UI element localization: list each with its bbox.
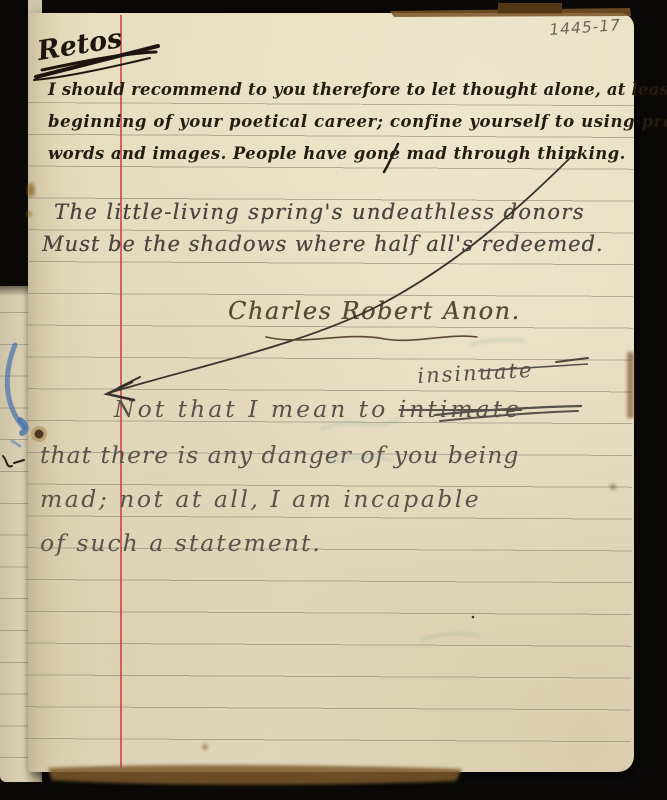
archive-number: 1445-17 <box>549 17 622 39</box>
paragraph1-line2: beginning of your poetical career; confi… <box>48 113 667 131</box>
paragraph2-line3: mad; not at all, I am incapable <box>40 487 481 513</box>
verse-line2: Must be the shadows where half all's red… <box>42 233 604 256</box>
struck-word-intimate: intimate <box>399 395 522 423</box>
scanned-notebook-photo: 1445-17 Retos I should recommend to you … <box>0 0 667 800</box>
verse-line1: The little-living spring's undeathless d… <box>54 201 585 224</box>
paragraph2-line1-text: Not that I mean to <box>114 395 399 423</box>
paragraph2-line4: of such a statement. <box>40 531 322 557</box>
paragraph1-line1: I should recommend to you therefore to l… <box>48 81 667 99</box>
struck-heading-word: Retos <box>35 24 124 67</box>
notebook-page: 1445-17 Retos I should recommend to you … <box>28 13 634 772</box>
paragraph2-line2: that there is any danger of you being <box>40 443 519 469</box>
signature: Charles Robert Anon. <box>228 298 521 324</box>
paragraph2-line1: Not that I mean to intimate <box>114 397 522 423</box>
paragraph1-line3: words and images. People have gone mad t… <box>48 145 626 163</box>
